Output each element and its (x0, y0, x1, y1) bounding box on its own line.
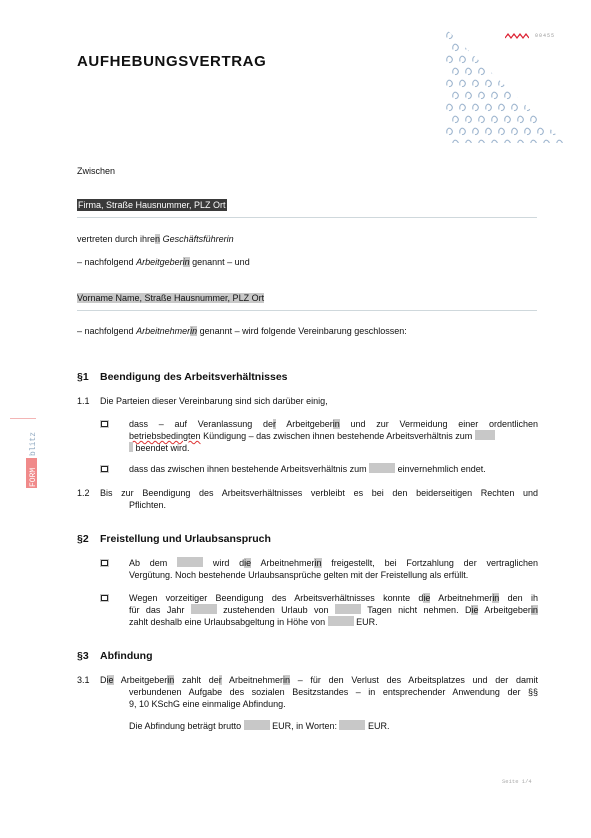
date-field[interactable] (369, 463, 395, 473)
employer-field[interactable]: Firma, Straße Hausnummer, PLZ Ort (77, 199, 227, 211)
svg-text:blitz: blitz (29, 432, 38, 456)
section-heading-3: §3Abfindung (77, 650, 152, 662)
item-3-1: 3.1Die Arbeitgeberin zahlt der Arbeitneh… (77, 674, 538, 710)
decorative-pattern (445, 28, 565, 143)
side-brand: FORM blitz (26, 418, 38, 488)
option-checkbox[interactable] (100, 594, 109, 602)
severance-amount: Die Abfindung beträgt brutto EUR, in Wor… (129, 720, 390, 732)
page-number: Seite 1/4 (502, 778, 532, 785)
employee-field[interactable]: Vorname Name, Straße Hausnummer, PLZ Ort (77, 292, 264, 304)
brand-logo (505, 33, 529, 41)
represented-by-line: vertreten durch ihren Geschäftsführerin (77, 233, 234, 245)
gender-field[interactable]: n (155, 234, 160, 244)
option-2-b: Wegen vorzeitiger Beendigung des Arbeits… (129, 592, 538, 628)
amount-words-field[interactable] (339, 720, 365, 730)
divider (77, 217, 537, 218)
svg-text:FORM: FORM (29, 468, 38, 487)
item-1-1: 1.1Die Parteien dieser Vereinbarung sind… (77, 395, 328, 407)
divider (77, 310, 537, 311)
item-1-2: 1.2Bis zur Beendigung des Arbeitsverhält… (77, 487, 538, 511)
section-heading-1: §1Beendigung des Arbeitsverhältnisses (77, 371, 288, 383)
option-2-a: Ab dem wird die Arbeitnehmerin freigeste… (129, 557, 538, 581)
employer-designation: – nachfolgend Arbeitgeberin genannt – un… (77, 256, 250, 268)
option-1-1-b: dass das zwischen ihnen bestehende Arbei… (129, 463, 486, 475)
option-checkbox[interactable] (100, 559, 109, 567)
option-checkbox[interactable] (100, 420, 109, 428)
form-code: 00455 (535, 33, 555, 39)
section-heading-2: §2Freistellung und Urlaubsanspruch (77, 533, 271, 545)
option-checkbox[interactable] (100, 465, 109, 473)
amount-field[interactable] (244, 720, 270, 730)
intro-text: Zwischen (77, 165, 115, 177)
employee-designation: – nachfolgend Arbeitnehmerin genannt – w… (77, 325, 407, 337)
document-title: AUFHEBUNGSVERTRAG (77, 53, 266, 70)
option-1-1-a: dass – auf Veranlassung der Arbeitgeberi… (129, 418, 538, 454)
